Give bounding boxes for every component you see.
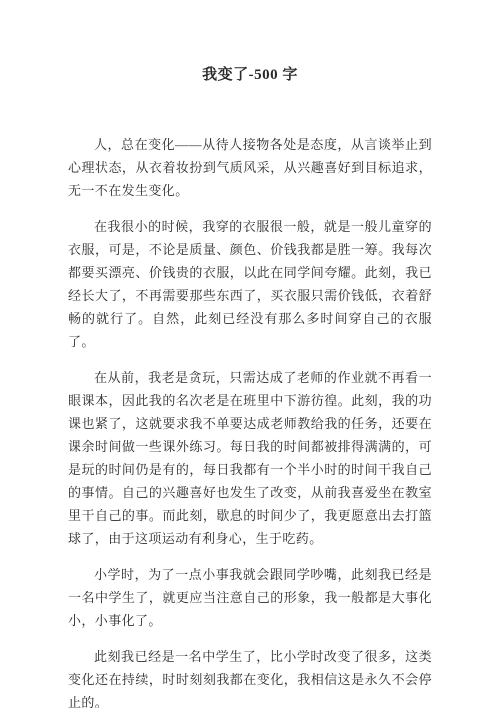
document-body: 人，总在变化——从待人接物各处是态度，从言谈举止到心理状态，从衣着妆扮到气质风采… — [68, 133, 432, 708]
essay-paragraph: 在我很小的时候，我穿的衣服很一般，就是一般儿童穿的衣服，可是，不论是质量、颜色、… — [68, 215, 432, 353]
essay-paragraph: 人，总在变化——从待人接物各处是态度，从言谈举止到心理状态，从衣着妆扮到气质风采… — [68, 133, 432, 202]
essay-paragraph: 此刻我已经是一名中学生了，比小学时改变了很多，这类变化还在持续，时时刻刻我都在变… — [68, 645, 432, 708]
essay-paragraph: 小学时，为了一点小事我就会跟同学吵嘴，此刻我已经是一名中学生了，就更应当注意自己… — [68, 563, 432, 632]
document-title: 我变了-500 字 — [68, 64, 432, 86]
document-page: 我变了-500 字 人，总在变化——从待人接物各处是态度，从言谈举止到心理状态，… — [0, 0, 500, 708]
essay-paragraph: 在从前，我老是贪玩，只需达成了老师的作业就不再看一眼课本，因此我的名次老是在班里… — [68, 366, 432, 550]
